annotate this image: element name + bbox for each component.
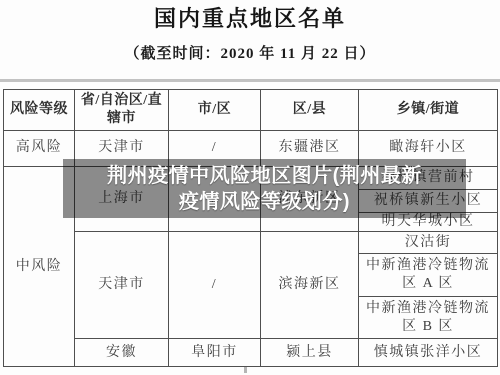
risk-area-table: 风险等级 省/自治区/直辖市 市/区 区/县 乡镇/街道 高风险 天津市 / 东… (3, 89, 498, 367)
province-cell: 天津市 (75, 232, 169, 339)
county-cell: 滨海新区 (261, 232, 359, 339)
page-title: 国内重点地区名单 (0, 2, 500, 33)
header-province: 省/自治区/直辖市 (75, 90, 169, 131)
city-cell: 阜阳市 (169, 339, 261, 367)
table-header-row: 风险等级 省/自治区/直辖市 市/区 区/县 乡镇/街道 (4, 90, 498, 131)
township-cell: 中新渔港冷链物流区 B 区 (359, 297, 498, 339)
table-row: 安徽 阜阳市 颍上县 慎城镇张洋小区 (4, 339, 498, 367)
header-township: 乡镇/街道 (359, 90, 498, 131)
watermark-caption-line1: 荆州疫情中风险地区图片(荆州最新 (63, 163, 466, 189)
horizontal-divider (0, 79, 500, 82)
table-row: 天津市 / 滨海新区 汉沽街 (4, 232, 498, 254)
header-city: 市/区 (169, 90, 261, 131)
city-cell: / (169, 232, 261, 339)
watermark-caption-overlay: 荆州疫情中风险地区图片(荆州最新 疫情风险等级划分) (63, 159, 466, 218)
page-edge-artifact (244, 367, 247, 373)
header-risk-level: 风险等级 (4, 90, 75, 131)
township-cell: 中新渔港冷链物流区 A 区 (359, 254, 498, 297)
watermark-caption-line2: 疫情风险等级划分) (63, 189, 466, 215)
header-county: 区/县 (261, 90, 359, 131)
county-cell: 颍上县 (261, 339, 359, 367)
province-cell: 安徽 (75, 339, 169, 367)
page-subtitle-date: （截至时间：2020 年 11 月 22 日） (0, 42, 500, 63)
township-cell: 汉沽街 (359, 232, 498, 254)
township-cell: 慎城镇张洋小区 (359, 339, 498, 367)
